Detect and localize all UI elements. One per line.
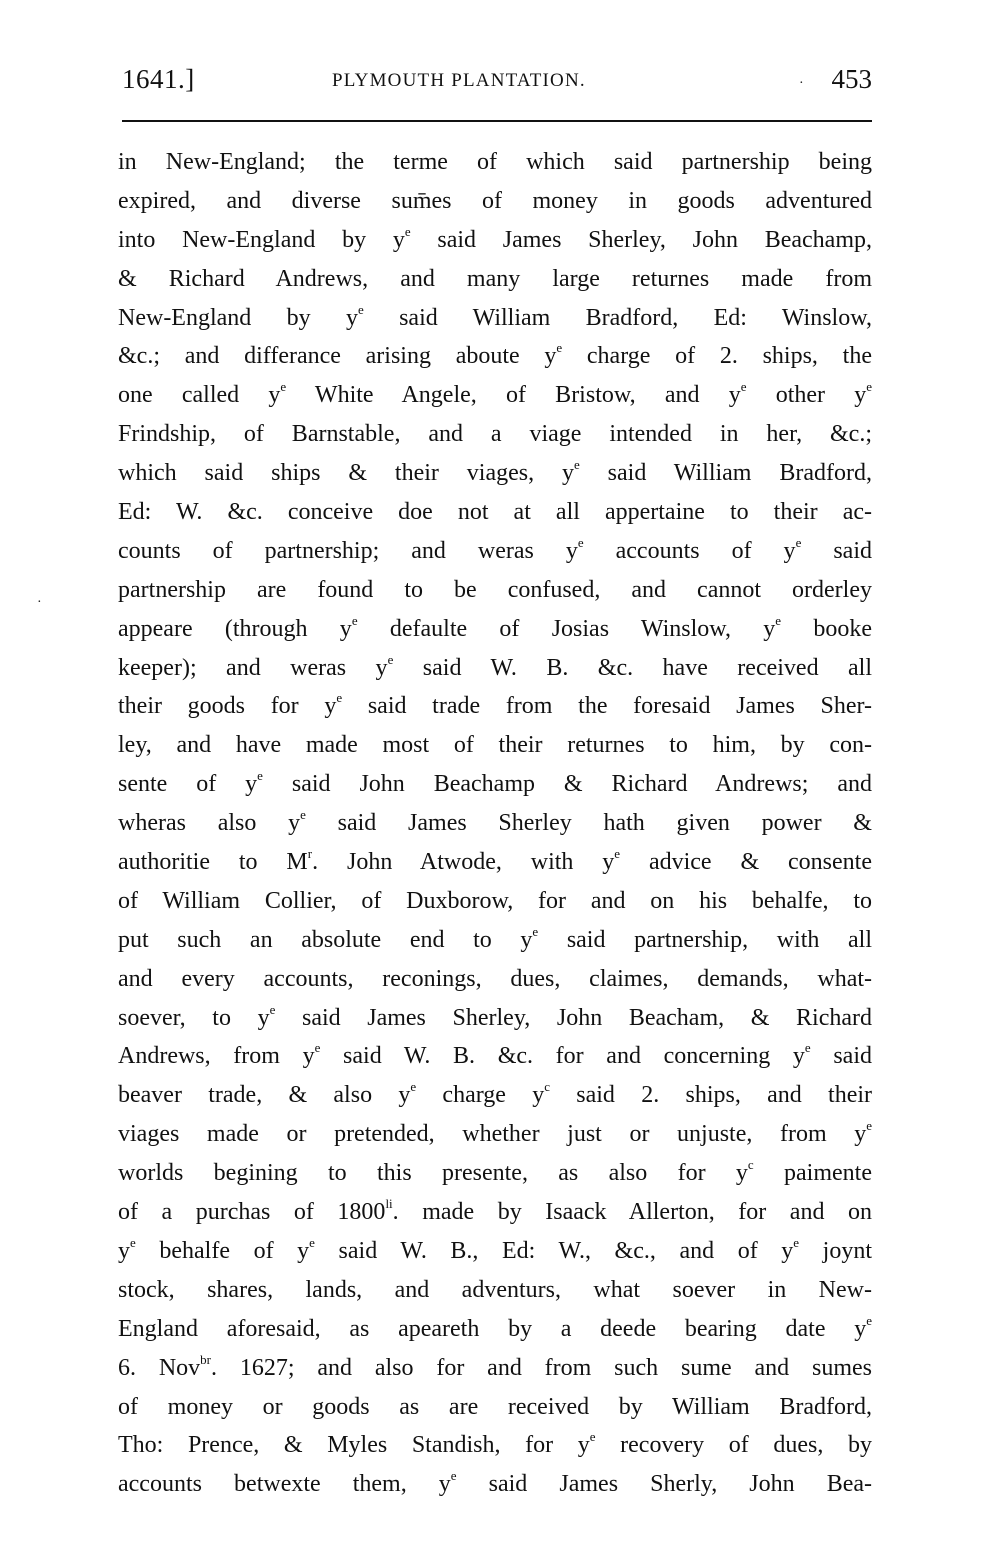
header-year: 1641.] [122, 64, 195, 95]
superscript: e [866, 1313, 872, 1328]
running-header: 1641.] PLYMOUTH PLANTATION. · 453 [122, 64, 872, 104]
text-line: Tho: Prence, & Myles Standish, for ye re… [118, 1426, 872, 1465]
margin-mark: · [37, 595, 42, 611]
text-line: of money or goods as are received by Wil… [118, 1388, 872, 1427]
superscript: e [410, 1079, 416, 1094]
text-line: of William Collier, of Duxborow, for and… [118, 882, 872, 921]
text-line: Andrews, from ye said W. B. &c. for and … [118, 1037, 872, 1076]
superscript: br [200, 1352, 211, 1367]
superscript: e [741, 379, 747, 394]
text-line: wheras also ye said James Sherley hath g… [118, 804, 872, 843]
text-line: ye behalfe of ye said W. B., Ed: W., &c.… [118, 1232, 872, 1271]
superscript: e [532, 924, 538, 939]
text-line: which said ships & their viages, ye said… [118, 454, 872, 493]
superscript: li [385, 1196, 392, 1211]
text-line: Ed: W. &c. conceive doe not at all apper… [118, 493, 872, 532]
text-line: put such an absolute end to ye said part… [118, 921, 872, 960]
superscript: c [544, 1079, 550, 1094]
superscript: e [270, 1002, 276, 1017]
header-title: PLYMOUTH PLANTATION. [332, 70, 586, 92]
text-line: of a purchas of 1800li. made by Isaack A… [118, 1193, 872, 1232]
text-line: one called ye White Angele, of Bristow, … [118, 376, 872, 415]
text-line: authoritie to Mr. John Atwode, with ye a… [118, 843, 872, 882]
superscript: e [309, 1235, 315, 1250]
text-line: viages made or pretended, whether just o… [118, 1115, 872, 1154]
superscript: e [352, 613, 358, 628]
superscript: e [590, 1429, 596, 1444]
superscript: e [280, 379, 286, 394]
superscript: e [257, 768, 263, 783]
text-line: England aforesaid, as apeareth by a deed… [118, 1310, 872, 1349]
superscript: e [358, 302, 364, 317]
text-line: stock, shares, lands, and adventurs, wha… [118, 1271, 872, 1310]
superscript: e [336, 690, 342, 705]
superscript: e [388, 652, 394, 667]
text-line: appeare (through ye defaulte of Josias W… [118, 610, 872, 649]
superscript: e [614, 846, 620, 861]
superscript: e [300, 807, 306, 822]
text-line: in New-England; the terme of which said … [118, 143, 872, 182]
superscript: c [748, 1157, 754, 1172]
header-rule [122, 120, 872, 122]
superscript: e [775, 613, 781, 628]
text-line: their goods for ye said trade from the f… [118, 687, 872, 726]
superscript: e [556, 340, 562, 355]
text-line: partnership are found to be confused, an… [118, 571, 872, 610]
superscript: e [315, 1040, 321, 1055]
superscript: e [805, 1040, 811, 1055]
text-line: 6. Novbr. 1627; and also for and from su… [118, 1349, 872, 1388]
text-line: counts of partnership; and weras ye acco… [118, 532, 872, 571]
superscript: r [308, 846, 312, 861]
body-text: in New-England; the terme of which said … [118, 143, 872, 1504]
text-line: expired, and diverse sum̄es of money in … [118, 182, 872, 221]
superscript: e [451, 1468, 457, 1483]
text-line: soever, to ye said James Sherley, John B… [118, 999, 872, 1038]
text-line: Frindship, of Barnstable, and a viage in… [118, 415, 872, 454]
superscript: e [793, 1235, 799, 1250]
text-line: sente of ye said John Beachamp & Richard… [118, 765, 872, 804]
text-line: New-England by ye said William Bradford,… [118, 299, 872, 338]
text-line: ley, and have made most of their returne… [118, 726, 872, 765]
text-line: into New-England by ye said James Sherle… [118, 221, 872, 260]
superscript: e [405, 224, 411, 239]
text-line: & Richard Andrews, and many large return… [118, 260, 872, 299]
superscript: e [574, 457, 580, 472]
superscript: e [578, 535, 584, 550]
superscript: e [796, 535, 802, 550]
text-line: keeper); and weras ye said W. B. &c. hav… [118, 649, 872, 688]
superscript: e [866, 379, 872, 394]
page-number: 453 [832, 64, 873, 95]
text-line: and every accounts, reconings, dues, cla… [118, 960, 872, 999]
text-line: accounts betwexte them, ye said James Sh… [118, 1465, 872, 1504]
text-line: worlds begining to this presente, as als… [118, 1154, 872, 1193]
superscript: e [866, 1118, 872, 1133]
superscript: e [130, 1235, 136, 1250]
stray-mark: · [799, 76, 804, 92]
text-line: &c.; and differance arising aboute ye ch… [118, 337, 872, 376]
text-line: beaver trade, & also ye charge yc said 2… [118, 1076, 872, 1115]
